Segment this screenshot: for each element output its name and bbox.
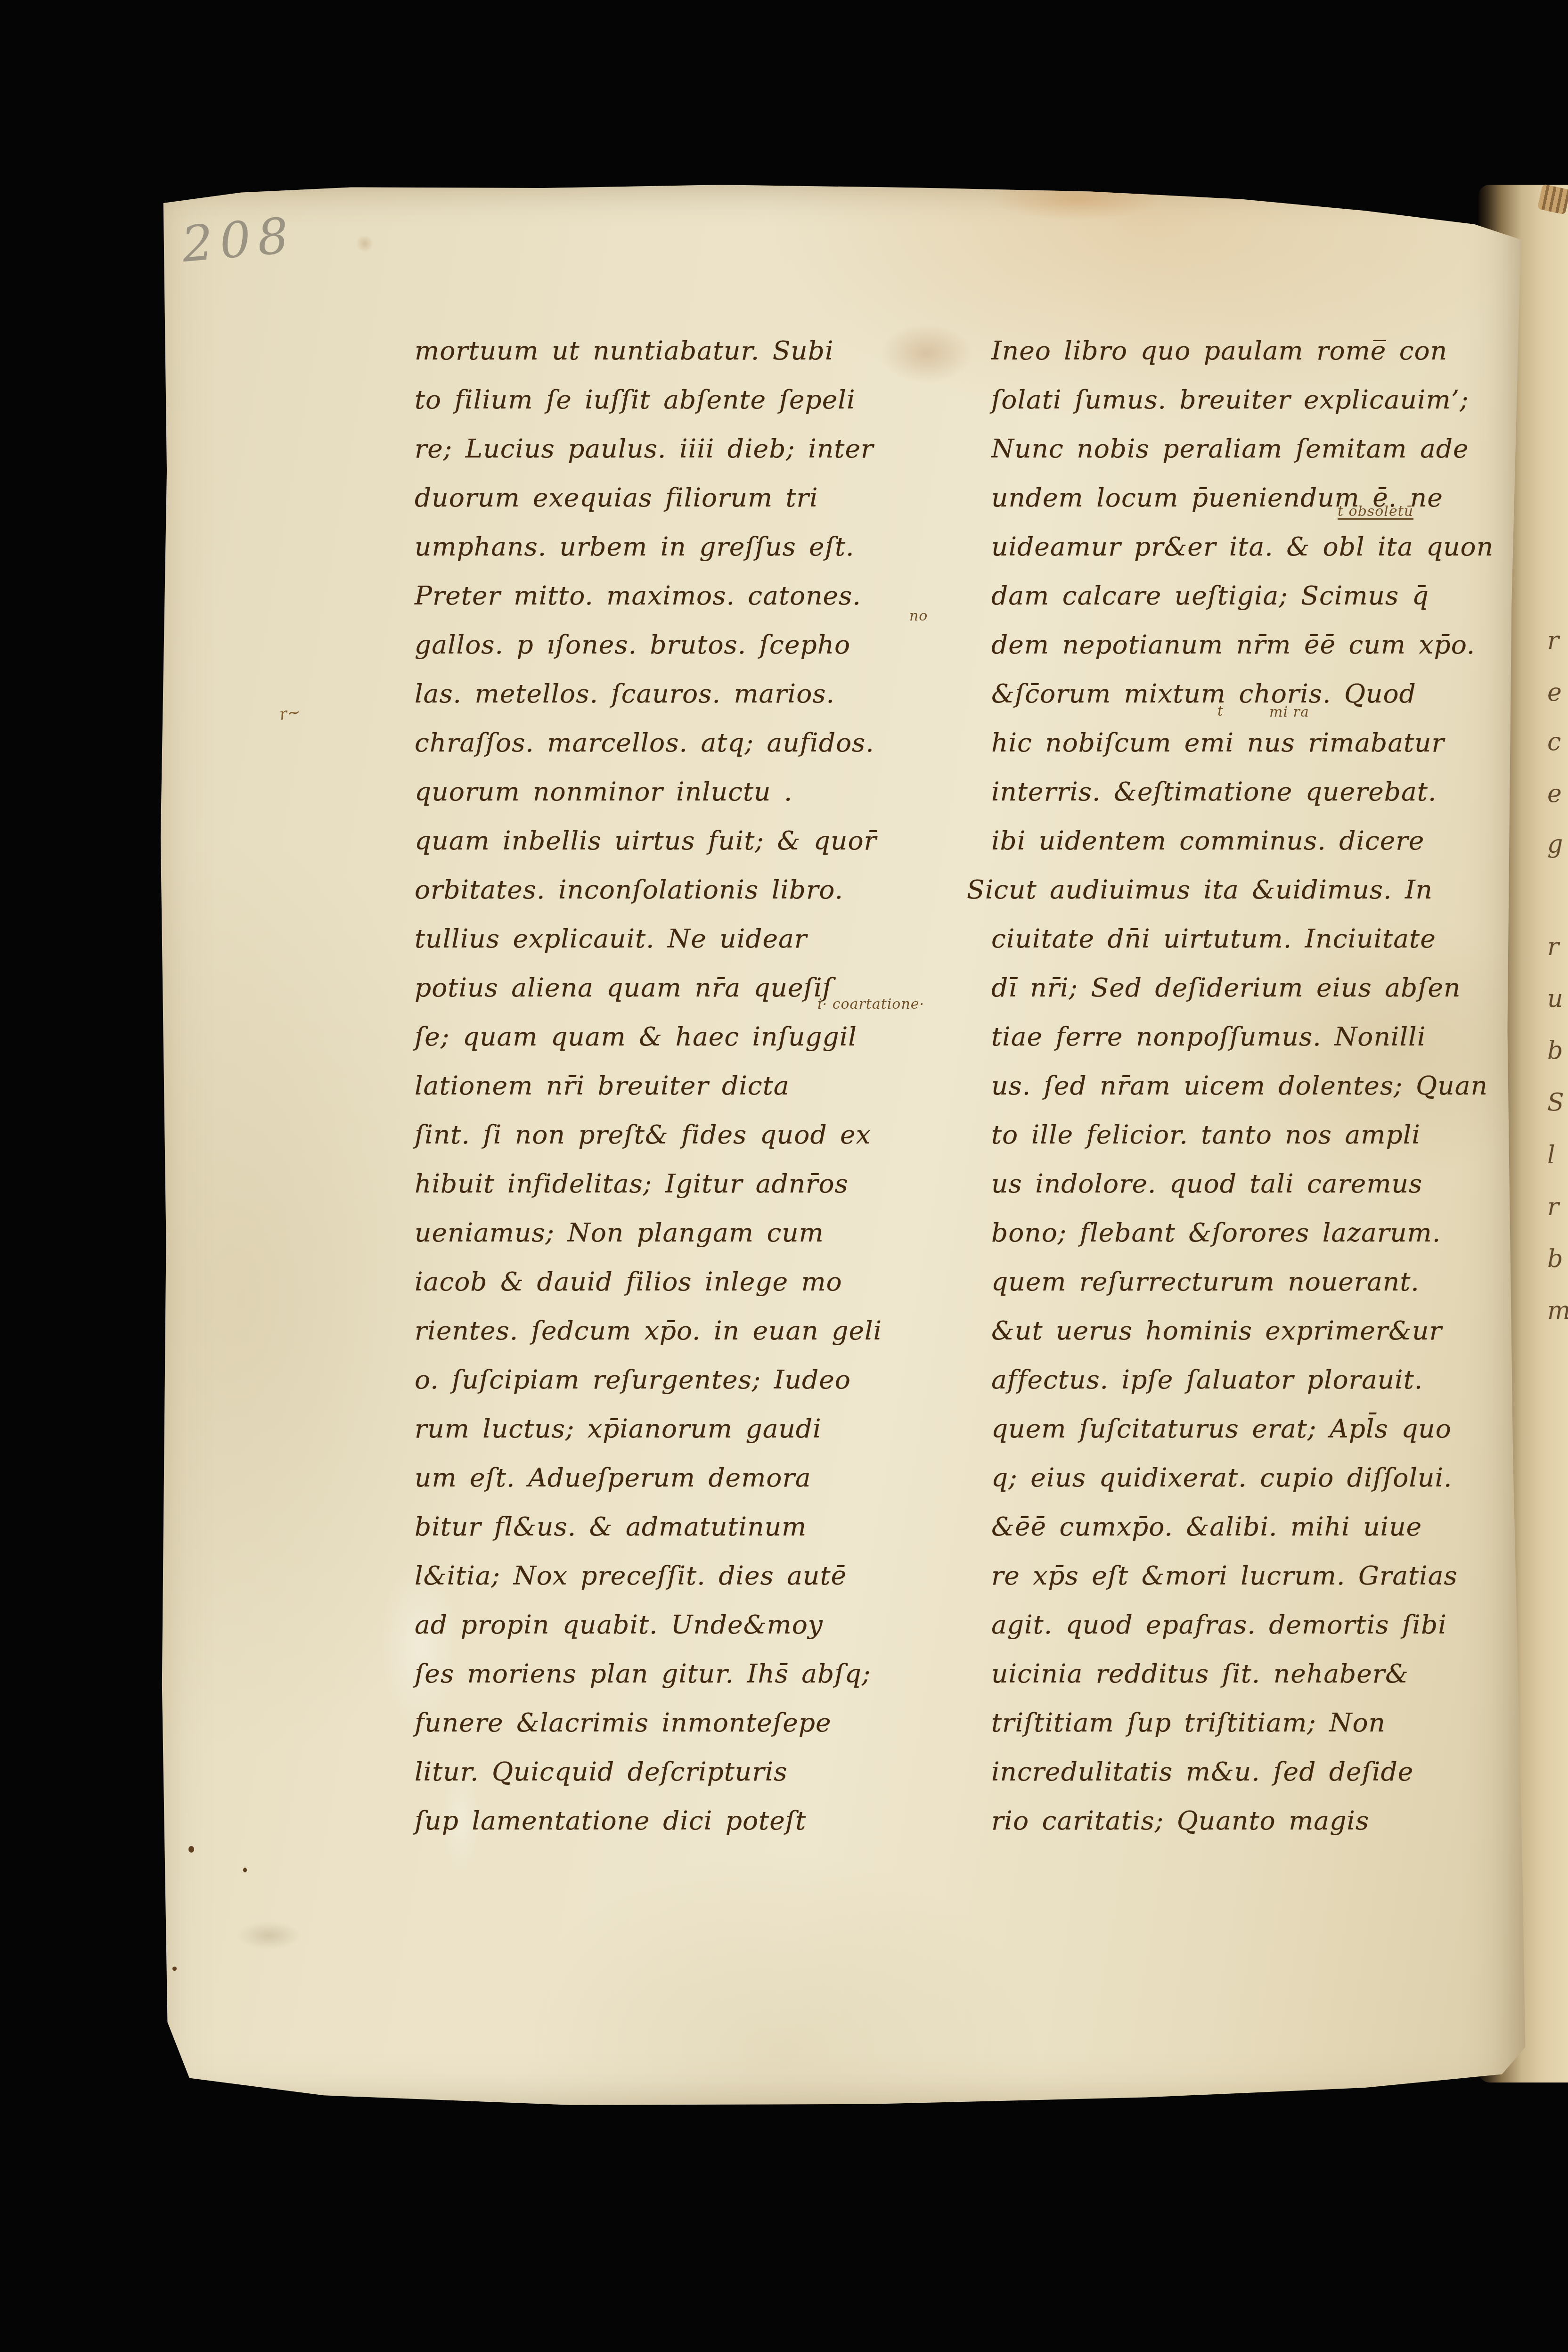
manuscript-line: Nunc nobis peraliam ſemitam ade <box>991 424 1524 473</box>
manuscript-line: tiae ferre nonpoſſumus. Nonilli <box>991 1012 1524 1061</box>
edge-letter-fragment: b <box>1547 1245 1563 1273</box>
manuscript-line: re; Lucius paulus. iiii dieb; inter <box>415 424 975 473</box>
manuscript-line: ſolati ſumus. breuiter explicauim’; <box>991 375 1524 424</box>
manuscript-line: dī nr̄i; Sed deſiderium eius abſen <box>991 963 1524 1012</box>
manuscript-line: mortuum ut nuntiabatur. Subi <box>415 326 975 375</box>
manuscript-line: Preter mitto. maximos. catones. <box>415 571 975 620</box>
edge-letter-fragment: S <box>1547 1088 1564 1117</box>
manuscript-line: agit. quod epafras. demortis ſibi <box>991 1600 1524 1649</box>
edge-letter-fragment: m· <box>1547 1297 1568 1325</box>
manuscript-photo: recegrubSlrbm· 208 mortuum ut nuntiabatu… <box>0 0 1568 2352</box>
manuscript-line: chraſſos. marcellos. atq; aufidos. <box>415 718 975 767</box>
manuscript-line: hibuit infidelitas; Igitur adnr̄os <box>415 1159 975 1208</box>
manuscript-line: bitur fl&us. & admatutinum <box>415 1502 975 1551</box>
manuscript-line: Ineo libro quo paulam rome̅ con <box>991 326 1524 375</box>
column-right: Ineo libro quo paulam rome̅ conſolati ſu… <box>991 326 1524 1845</box>
manuscript-line: &ēē cumxp̄o. &alibi. mihi uiue <box>991 1502 1524 1551</box>
manuscript-line: ueniamus; Non plangam cum <box>415 1208 975 1257</box>
manuscript-line: us indolore. quod tali caremus <box>991 1159 1524 1208</box>
manuscript-line: ciuitate dn̄i uirtutum. Inciuitate <box>991 914 1524 963</box>
manuscript-line: quem reſurrecturum nouerant. <box>991 1257 1524 1306</box>
manuscript-line: Sicut audiuimus ita &uidimus. In <box>967 865 1524 914</box>
interlinear-gloss: mi ra <box>1269 704 1309 720</box>
interlinear-gloss: t <box>1217 703 1224 719</box>
edge-letter-fragment: c <box>1547 728 1561 756</box>
manuscript-line: us. ſed nr̄am uicem dolentes; Quan <box>991 1061 1524 1110</box>
parchment-page: 208 mortuum ut nuntiabatur. Subito filiu… <box>159 182 1529 2109</box>
manuscript-line: to ille felicior. tanto nos ampli <box>991 1110 1524 1159</box>
manuscript-line: o. ſuſcipiam reſurgentes; Iudeo <box>415 1355 975 1404</box>
edge-letter-fragment: e <box>1547 678 1562 707</box>
manuscript-line: ſes moriens plan gitur. Ihs̄ abſq; <box>415 1649 975 1698</box>
interlinear-gloss: no <box>909 608 928 624</box>
manuscript-line: hic nobiſcum emi nus rimabatur <box>991 718 1524 767</box>
manuscript-line: rio caritatis; Quanto magis <box>991 1796 1524 1845</box>
interlinear-gloss: i· coartatione· <box>817 996 924 1013</box>
interlinear-gloss: t obsoletū <box>1338 503 1413 520</box>
manuscript-line: litur. Quicquid deſcripturis <box>415 1747 975 1796</box>
edge-letter-fragment: g <box>1547 830 1563 858</box>
manuscript-line: ibi uidentem comminus. dicere <box>991 816 1524 865</box>
manuscript-line: ſup lamentatione dici poteſt <box>415 1796 975 1845</box>
manuscript-line: bono; flebant &ſorores lazarum. <box>991 1208 1524 1257</box>
edge-letter-fragment: r <box>1547 933 1559 961</box>
manuscript-line: funere &lacrimis inmonteſepe <box>415 1698 975 1747</box>
manuscript-line: incredulitatis m&u. ſed deſide <box>991 1747 1524 1796</box>
folio-number: 208 <box>180 206 297 273</box>
manuscript-line: undem locum p̄ueniendum ē. ne <box>991 473 1524 522</box>
manuscript-line: gallos. p ıſones. brutos. ſcepho <box>415 620 975 669</box>
edge-letter-fragment: e <box>1547 780 1562 808</box>
manuscript-line: iacob & dauid filios inlege mo <box>415 1257 975 1306</box>
manuscript-line: umphans. urbem in greſſus eſt. <box>415 522 975 571</box>
column-left: mortuum ut nuntiabatur. Subito filium ſe… <box>415 326 975 1845</box>
edge-letter-fragment: r <box>1547 627 1559 655</box>
manuscript-line: um eſt. Adueſperum demora <box>415 1453 975 1502</box>
ink-speck <box>172 1967 177 1971</box>
manuscript-line: affectus. ipſe ſaluator plorauit. <box>991 1355 1524 1404</box>
manuscript-line: dem nepotianum nr̄m ēē cum xp̄o. <box>991 620 1524 669</box>
manuscript-line: dam calcare ueſtigia; Scimus q̄ <box>991 571 1524 620</box>
manuscript-line: quorum nonminor inluctu . <box>415 767 975 816</box>
ink-speck <box>243 1868 247 1872</box>
edge-letter-fragment: b <box>1547 1037 1563 1065</box>
ink-speck <box>188 1846 194 1853</box>
manuscript-line: quem ſuſcitaturus erat; Apl̄s quo <box>991 1404 1524 1453</box>
manuscript-line: l&itia; Nox preceſſit. dies autē <box>415 1551 975 1600</box>
edge-letter-fragment: l <box>1547 1141 1555 1169</box>
manuscript-line: uideamur pr&er ita. & obl ita quon <box>991 522 1524 571</box>
edge-letter-fragment: r <box>1547 1193 1559 1221</box>
manuscript-line: lationem nr̄i breuiter dicta <box>415 1061 975 1110</box>
manuscript-line: las. metellos. ſcauros. marios. <box>415 669 975 718</box>
manuscript-line: to filium ſe iuſſit abſente ſepeli <box>415 375 975 424</box>
manuscript-line: duorum exequias filiorum tri <box>415 473 975 522</box>
margin-mark: r~ <box>278 702 302 724</box>
manuscript-line: ſe; quam quam & haec inſuggil <box>415 1012 975 1061</box>
manuscript-line: triſtitiam ſup triſtitiam; Non <box>991 1698 1524 1747</box>
manuscript-line: tullius explicauit. Ne uidear <box>415 914 975 963</box>
manuscript-line: ſint. ſi non preſt& fides quod ex <box>415 1110 975 1159</box>
manuscript-line: quam inbellis uirtus fuit; & quor̄ <box>415 816 975 865</box>
manuscript-line: &ſc̄orum mixtum choris. Quod <box>991 669 1524 718</box>
manuscript-line: re xp̄s eſt &mori lucrum. Gratias <box>991 1551 1524 1600</box>
edge-letter-fragment: u <box>1547 985 1563 1013</box>
manuscript-line: interris. &eſtimatione querebat. <box>991 767 1524 816</box>
manuscript-line: orbitates. inconſolationis libro. <box>415 865 975 914</box>
manuscript-line: &ut uerus hominis exprimer&ur <box>991 1306 1524 1355</box>
manuscript-line: ad propin quabit. Unde&moy <box>415 1600 975 1649</box>
manuscript-line: rum luctus; xp̄ianorum gaudi <box>415 1404 975 1453</box>
manuscript-line: q; eius quidixerat. cupio diſſolui. <box>991 1453 1524 1502</box>
manuscript-line: uicinia redditus ſit. nehaber& <box>991 1649 1524 1698</box>
manuscript-line: rientes. ſedcum xp̄o. in euan geli <box>415 1306 975 1355</box>
